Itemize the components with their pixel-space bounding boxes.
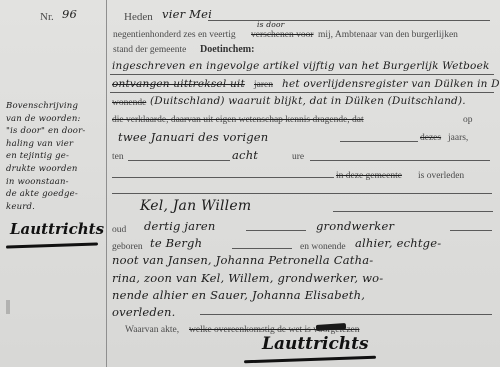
rule-place bbox=[112, 177, 334, 178]
rule-name bbox=[333, 211, 493, 212]
rule-ure bbox=[310, 160, 490, 161]
rule-closing bbox=[200, 314, 492, 315]
deceased-name: Kel, Jan Willem bbox=[140, 199, 251, 213]
margin-line: haling van vier bbox=[6, 138, 85, 151]
insert-is-door: is door bbox=[257, 21, 284, 29]
margin-line: de akte goedge- bbox=[6, 188, 85, 201]
father-line: rina, zoon van Kel, Willem, grondwerker,… bbox=[112, 273, 383, 285]
rule-ten bbox=[128, 160, 230, 161]
profession: grondwerker bbox=[316, 221, 394, 233]
age: dertig jaren bbox=[144, 221, 216, 233]
official-signature: Lauttrichts bbox=[262, 336, 369, 353]
record-number: 96 bbox=[62, 9, 77, 21]
margin-line: Bovenschrijving bbox=[6, 100, 85, 113]
margin-signature: Lauttrichts bbox=[10, 222, 104, 237]
spouse-line: noot van Jansen, Johanna Petronella Cath… bbox=[112, 255, 373, 267]
hand-line-1: ingeschreven en ingevolge artikel vijfti… bbox=[112, 61, 490, 72]
municipality-label: stand der gemeente bbox=[113, 46, 186, 56]
jaars-label: jaars, bbox=[448, 134, 468, 144]
waarvan-label: Waarvan akte, bbox=[125, 326, 179, 336]
oud-label: oud bbox=[112, 226, 126, 236]
ure-label: ure bbox=[292, 153, 304, 163]
record-number-label: Nr. bbox=[40, 12, 54, 23]
struck-verschenen: verschenen voor bbox=[251, 31, 314, 41]
margin-line: van de woorden: bbox=[6, 113, 85, 126]
rule-profession bbox=[450, 230, 492, 231]
en-wonende-label: en wonende bbox=[300, 243, 346, 253]
op-label: op bbox=[463, 116, 473, 126]
hand-line-2b: het overlijdensregister van Dülken in Du… bbox=[282, 79, 500, 90]
margin-line: drukte woorden bbox=[6, 163, 85, 176]
ink-stain bbox=[6, 300, 10, 314]
signature-underline bbox=[244, 356, 376, 363]
register-page: Nr. 96 Heden vier Mei negentienhonderd z… bbox=[0, 0, 500, 367]
mother-line: nende alhier en Sauer, Johanna Elisabeth… bbox=[112, 290, 365, 302]
residence: alhier, echtge- bbox=[355, 238, 441, 250]
struck-dezes: dezes bbox=[420, 134, 441, 144]
overleden-label: is overleden bbox=[418, 172, 464, 182]
death-date: twee Januari des vorigen bbox=[118, 132, 268, 144]
death-hour: acht bbox=[232, 150, 258, 162]
struck-jaren: jaren bbox=[254, 81, 273, 91]
rule-2 bbox=[110, 92, 494, 93]
year-print: negentienhonderd zes en veertig bbox=[113, 31, 236, 41]
hand-line-3: (Duitschland) waaruit blijkt, dat in Dül… bbox=[150, 96, 466, 107]
margin-signature-underline bbox=[6, 242, 98, 248]
margin-note: Bovenschrijving van de woorden: "is door… bbox=[6, 100, 85, 213]
rule-1 bbox=[110, 74, 494, 75]
overleden-hand: overleden. bbox=[112, 307, 175, 319]
rule-blank bbox=[112, 193, 492, 194]
struck-wonende: wonende bbox=[112, 99, 146, 109]
official-text: mij, Ambtenaar van den burgerlijken bbox=[318, 31, 458, 41]
struck-gemeente: in deze gemeente bbox=[336, 172, 402, 182]
rule-birthplace bbox=[232, 248, 292, 249]
rule-age bbox=[246, 230, 306, 231]
geboren-label: geboren bbox=[112, 243, 143, 253]
date-rule bbox=[208, 20, 490, 21]
margin-line: en tejintig ge- bbox=[6, 150, 85, 163]
rule-date bbox=[340, 141, 418, 142]
margin-line: "is door" en door- bbox=[6, 125, 85, 138]
struck-verklaarde: die verklaarde, daarvan uit eigen wetens… bbox=[112, 116, 364, 126]
municipality-name: Doetinchem: bbox=[200, 45, 254, 55]
ten-label: ten bbox=[112, 153, 124, 163]
margin-divider bbox=[106, 0, 107, 367]
margin-line: in woonstaan- bbox=[6, 176, 85, 189]
hand-line-2a: ontvangen uittreksel uit bbox=[112, 79, 245, 90]
birthplace: te Bergh bbox=[150, 238, 202, 250]
date-handwritten: vier Mei bbox=[162, 9, 212, 21]
heden-label: Heden bbox=[124, 12, 153, 23]
margin-line: keurd. bbox=[6, 201, 85, 214]
